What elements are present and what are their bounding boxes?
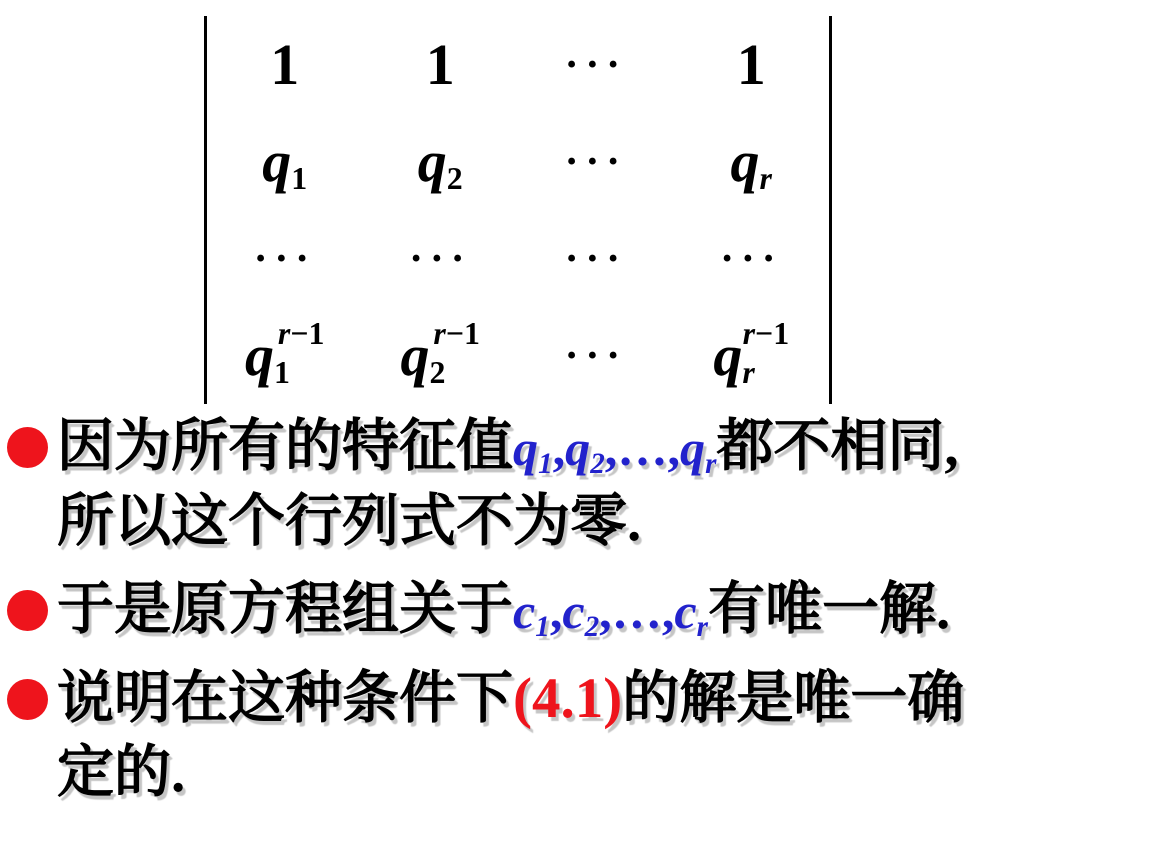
slide: { "colors": { "background": "#ffffff", "… [0, 0, 1154, 842]
ellipsis-dots: ··· [565, 44, 627, 86]
ellipsis-dots: ··· [254, 238, 316, 280]
bullet-list: 因为所有的特征值q1,q2,…,qr都不相同, 所以这个行列式不为零. 于是原方… [0, 410, 1154, 810]
matrix-cell: q2 [418, 133, 463, 191]
bullet-text-line: 说明在这种条件下(4.1)的解是唯一确 [57, 662, 1154, 736]
ellipsis-dots: ··· [720, 238, 782, 280]
matrix-cell: qr [731, 133, 772, 191]
bullet-text-line: 因为所有的特征值q1,q2,…,qr都不相同, [57, 410, 1154, 485]
matrix-cell: qrr−1 [713, 327, 789, 385]
math-sequence-q: q1,q2,…,qr [513, 420, 716, 476]
ellipsis-dots: ··· [565, 141, 627, 183]
matrix-cell: 1 [426, 36, 455, 94]
bullet-text-line: 于是原方程组关于c1,c2,…,cr有唯一解. [57, 573, 1154, 648]
vandermonde-determinant: 1 1 ··· 1 q1 q2 ··· qr ··· ··· ··· ··· q… [204, 16, 832, 404]
matrix-cell: q2r−1 [401, 327, 480, 385]
bullet-item-2: 于是原方程组关于c1,c2,…,cr有唯一解. [0, 573, 1154, 648]
bullet-icon [7, 679, 48, 720]
bullet-icon [7, 590, 48, 631]
bullet-item-3: 说明在这种条件下(4.1)的解是唯一确 定的. [0, 662, 1154, 810]
bullet-text-line: 定的. [57, 736, 1154, 810]
matrix-cell: q1r−1 [245, 327, 324, 385]
math-sequence-c: c1,c2,…,cr [513, 583, 708, 639]
ellipsis-dots: ··· [409, 238, 471, 280]
bullet-icon [7, 427, 48, 468]
slide-body: 因为所有的特征值q1,q2,…,qr都不相同, 所以这个行列式不为零. 于是原方… [0, 410, 1154, 824]
bullet-text-line: 所以这个行列式不为零. [57, 485, 1154, 559]
matrix-cell: 1 [270, 36, 299, 94]
bullet-item-1: 因为所有的特征值q1,q2,…,qr都不相同, 所以这个行列式不为零. [0, 410, 1154, 559]
matrix-cell: q1 [262, 133, 307, 191]
ellipsis-dots: ··· [565, 238, 627, 280]
matrix-cell: 1 [737, 36, 766, 94]
ellipsis-dots: ··· [565, 335, 627, 377]
equation-reference: (4.1) [513, 667, 622, 730]
